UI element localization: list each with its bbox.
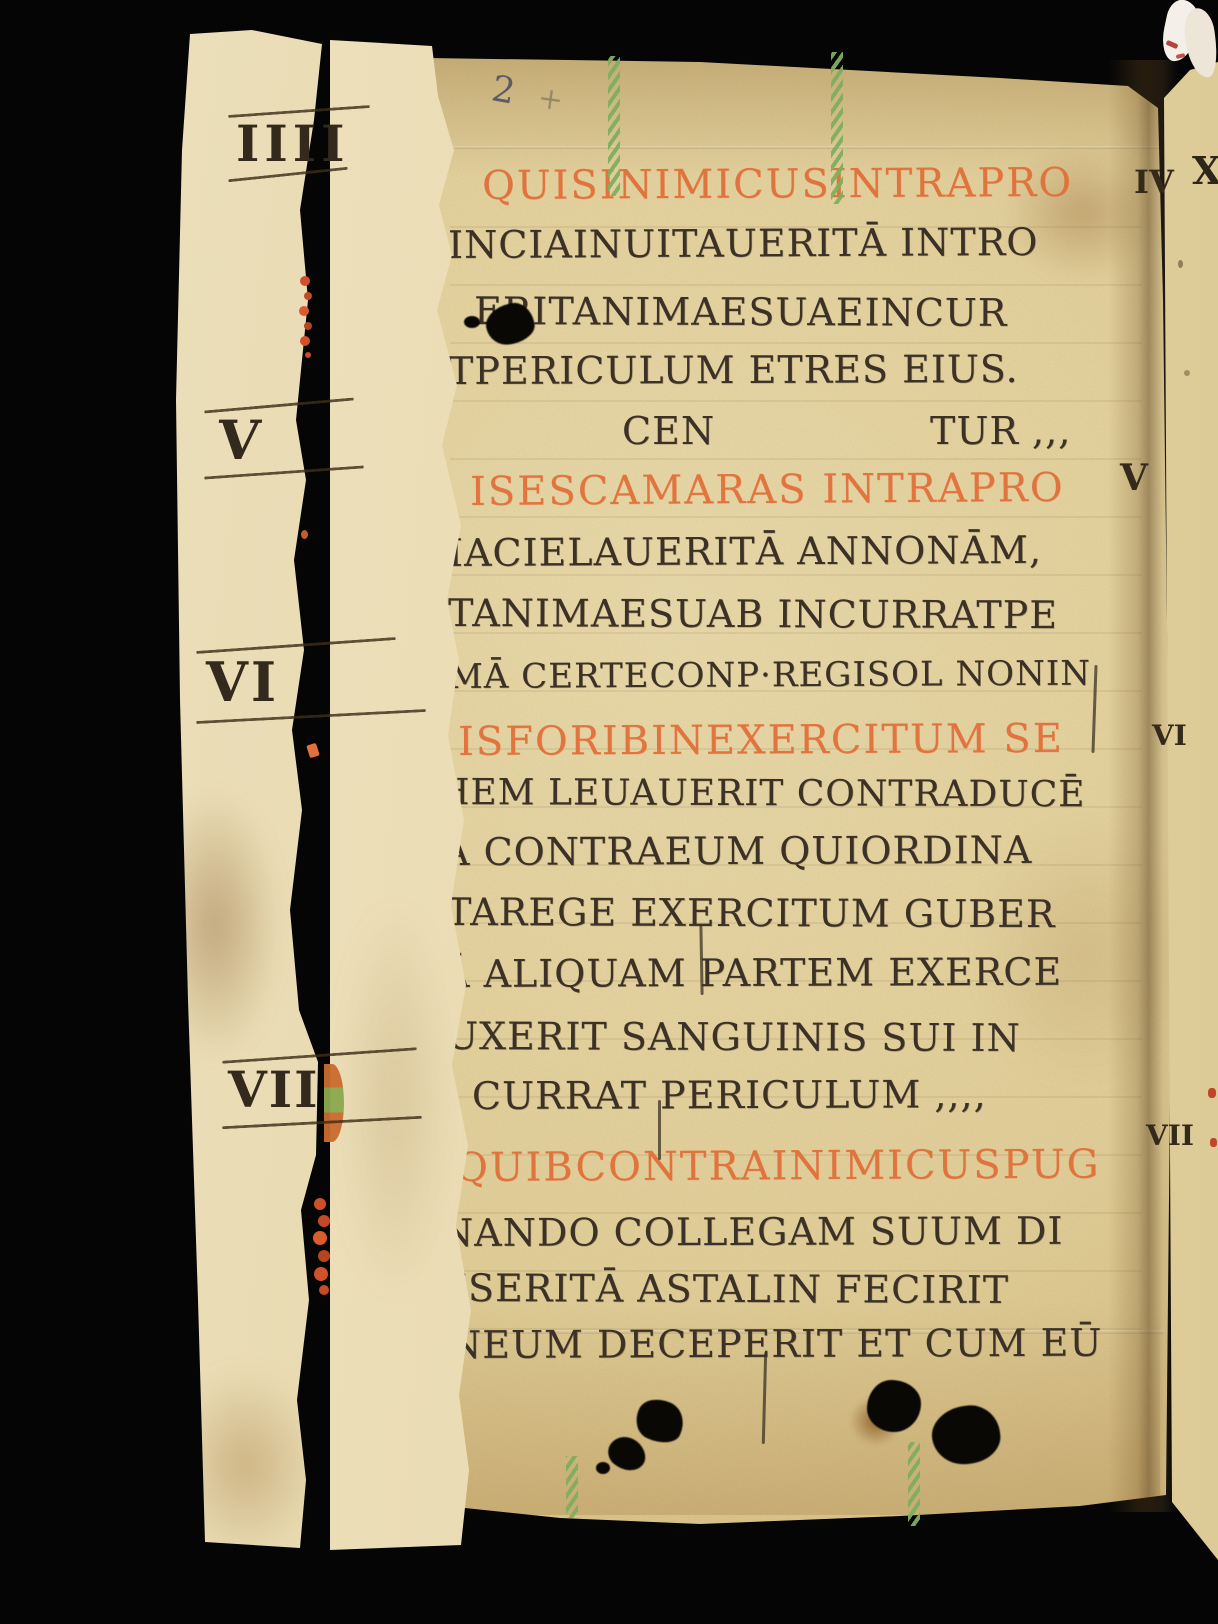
edge-fleck: [1178, 260, 1183, 268]
chapter-numeral: VII: [228, 1065, 422, 1115]
text-line: CURRAT PERICULUM ,,,,: [472, 1075, 987, 1115]
text-line: ISERITĀ ASTALIN FECIRIT: [452, 1269, 1009, 1309]
text-line: CEN: [622, 412, 715, 450]
binding-thread: [1156, 0, 1218, 88]
pencil-mark: +: [536, 80, 566, 118]
rubric-line: ISFORIBINEXERCITUM SE: [458, 719, 1064, 762]
text-line: UXERIT SANGUINIS SUI IN: [446, 1017, 1021, 1057]
rubric-fragment-mark: [306, 743, 320, 758]
green-stitch: [566, 1456, 578, 1518]
chapter-numeral: VI: [206, 655, 426, 709]
wormhole: [464, 316, 480, 328]
thread-strand: [1181, 6, 1218, 79]
rubric-line: QUISINIMICUSINTRAPRO: [482, 163, 1073, 206]
right-margin-numeral-vi: VI: [1152, 722, 1187, 750]
green-stitch: [608, 56, 620, 196]
green-stitch: [908, 1442, 920, 1526]
text-line: TANIMAESUAB INCURRATPE: [448, 594, 1058, 634]
chapter-numeral: IIII: [236, 119, 370, 169]
red-dot-chain: [300, 276, 310, 286]
text-line: TPERICULUM ETRES EIUS.: [448, 350, 1019, 390]
rubric-line: QUIBCONTRAINIMICUSPUG: [455, 1145, 1101, 1188]
text-line: INCIAINUITAUERITĀ INTRO: [448, 223, 1039, 264]
edge-red-mark: [1208, 1088, 1216, 1098]
rubric-fragment-dot: [301, 530, 308, 539]
left-margin-numeral-iiii: IIII: [228, 110, 370, 176]
red-dot-chain: [314, 1198, 326, 1210]
text-line: HEM LEUAUERIT CONTRADUCĒ: [438, 775, 1086, 813]
strip-stain: [170, 1370, 320, 1560]
edge-fleck: [1184, 370, 1190, 376]
right-margin-numeral-iv: IV: [1134, 166, 1174, 198]
horizontal-crease: [436, 146, 1162, 149]
manuscript-photo: QUISINIMICUSINTRAPRO INCIAINUITAUERITĀ I…: [0, 0, 1218, 1624]
text-line: NANDO COLLEGAM SUUM DI: [440, 1212, 1064, 1252]
descender-stroke: [658, 1100, 661, 1160]
left-margin-numeral-v: V: [204, 404, 364, 474]
strip-stain: [150, 790, 280, 1060]
right-margin-numeral-vii: VII: [1146, 1122, 1194, 1150]
facing-page-numeral-x: X: [1192, 152, 1218, 190]
text-line: IACIELAUERITĀ ANNONĀM,: [448, 531, 1042, 572]
text-line: Ā ALIQUAM PARTEM EXERCE: [442, 953, 1062, 993]
left-margin-numeral-vi: VI: [196, 644, 426, 718]
text-line: Ā CONTRAEUM QUIORDINA: [442, 831, 1032, 871]
text-line: TAREGE EXERCITUM GUBER: [446, 893, 1056, 933]
left-margin-numeral-vii: VII: [222, 1054, 422, 1124]
rubric-line: ISESCAMARAS INTRAPRO: [470, 468, 1065, 512]
chapter-numeral: V: [216, 413, 366, 467]
wormhole: [596, 1462, 610, 1474]
right-margin-numeral-v: V: [1120, 460, 1148, 496]
text-line: MĀ CERTECONP·REGISOL NONIN: [448, 657, 1091, 694]
text-line: NEUM DECEPERIT ET CUM EŪ: [448, 1324, 1103, 1364]
edge-red-mark: [1210, 1138, 1217, 1147]
green-stitch: [831, 52, 843, 204]
text-line: ERITANIMAESUAEINCUR: [474, 292, 1008, 332]
text-line: TUR ,,,: [930, 412, 1071, 450]
